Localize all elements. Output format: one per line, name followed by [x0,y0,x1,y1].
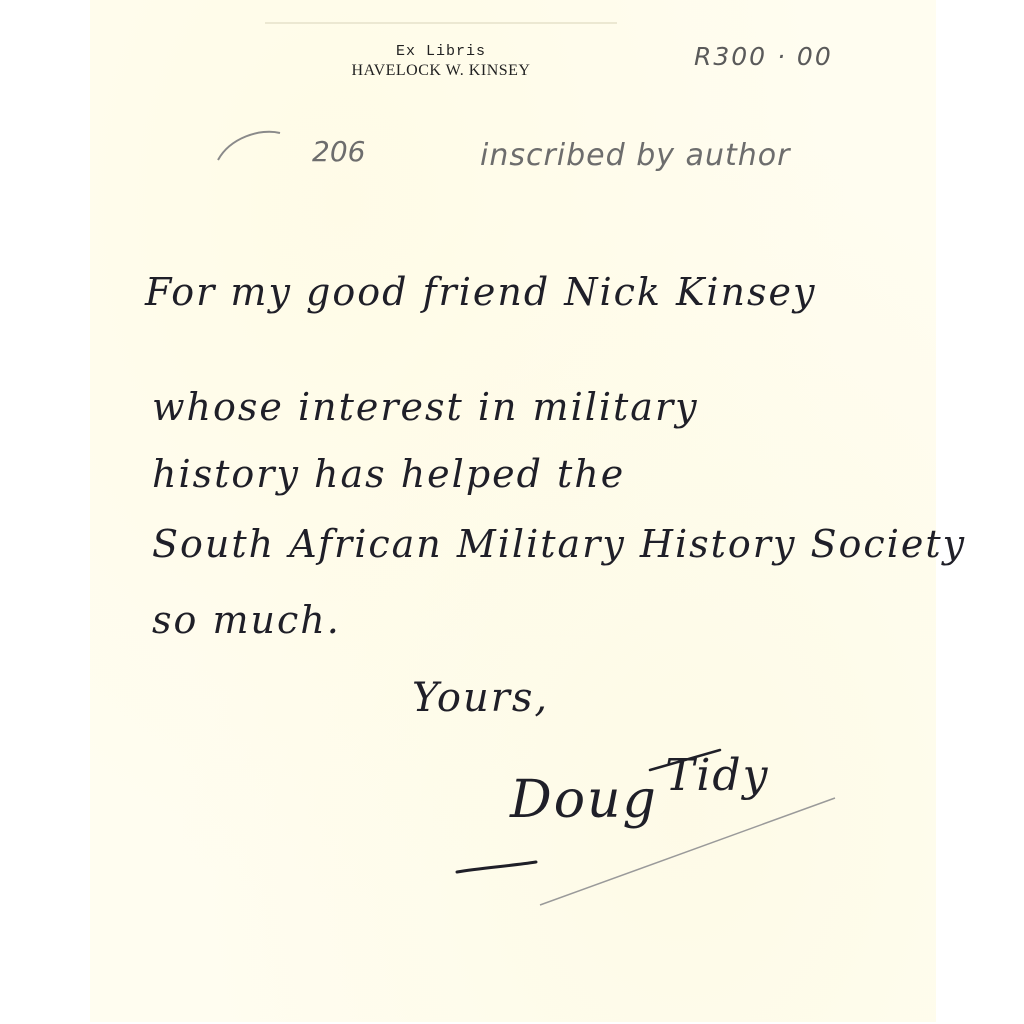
signature-first-name: Doug [510,770,658,830]
signature-underline-icon [457,862,536,872]
bookplate-ex-libris: Ex Libris [265,43,617,61]
paper-sheet: Ex Libris HAVELOCK W. KINSEY R300 · 00 2… [90,0,936,1022]
inscription-line-3: history has helped the [152,452,625,496]
lot-number-annotation: 206 [312,135,365,168]
inscribed-note-annotation: inscribed by author [480,138,790,173]
lot-number-flourish-icon [218,132,280,160]
signature-last-name: Tidy [665,750,769,801]
scanned-page: Ex Libris HAVELOCK W. KINSEY R300 · 00 2… [0,0,1024,1024]
inscription-line-5: so much. [152,598,341,642]
closing-salutation: Yours, [412,675,549,721]
inscription-line-1: For my good friend Nick Kinsey [145,270,817,314]
inscription-line-2: whose interest in military [152,385,699,429]
inscription-line-4: South African Military History Society [152,522,966,566]
bookplate-owner-name: HAVELOCK W. KINSEY [265,61,617,81]
bookplate-label: Ex Libris HAVELOCK W. KINSEY [265,22,617,96]
price-annotation: R300 · 00 [694,42,833,71]
